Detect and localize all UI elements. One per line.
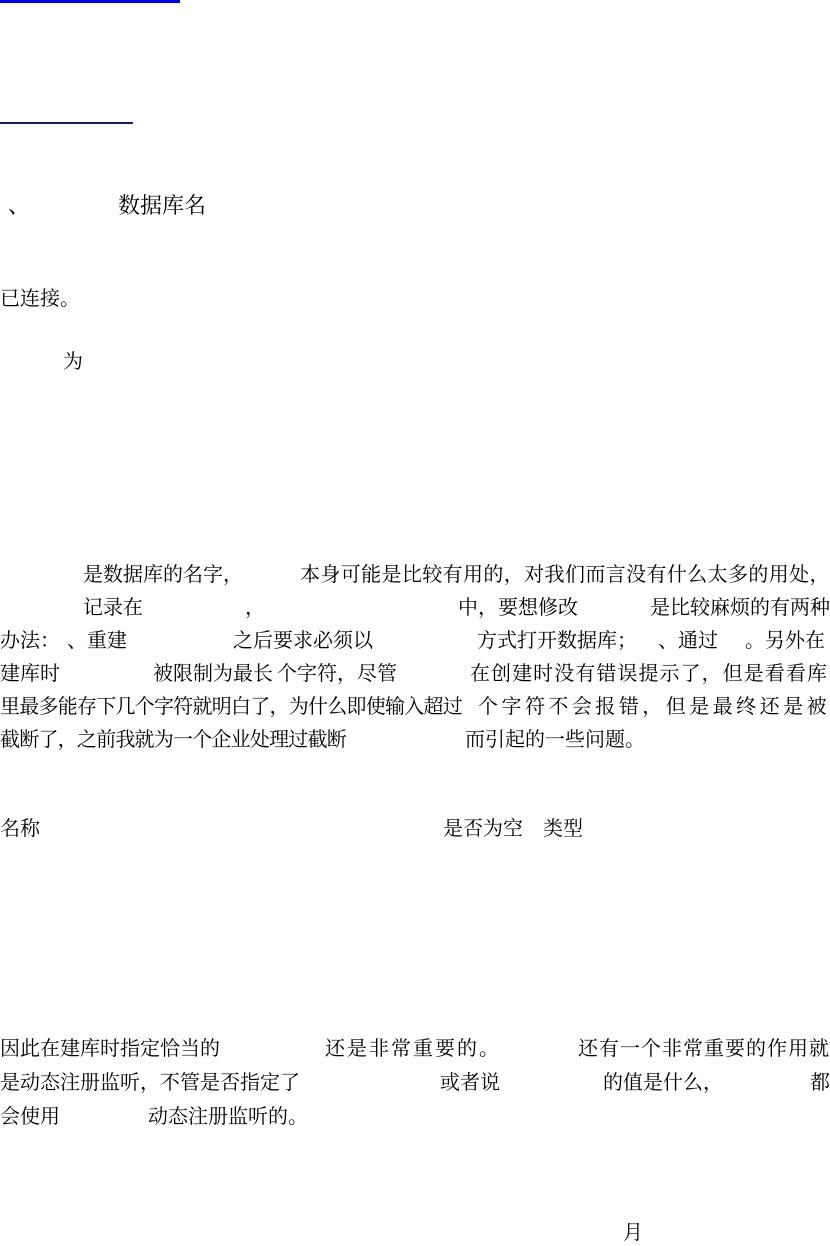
line-wei-segment: 为 — [63, 351, 83, 374]
top-link-underline[interactable] — [0, 0, 180, 3]
paragraph2-line2-segment: 都 — [810, 1072, 830, 1095]
paragraph1-line3-segment: 方式打开数据库； — [477, 630, 637, 653]
paragraph1-line4-segment: 被限制为最长 — [153, 663, 273, 686]
paragraph1-line3-segment: 。另外在 — [745, 630, 825, 653]
paragraph1-line2-segment: 是比较麻烦的有两种 — [650, 597, 830, 620]
paragraph1-line5-segment: 个字符不会报错，但是最终还是被 — [478, 696, 830, 719]
paragraph1-line2-segment: ， — [245, 597, 265, 620]
paragraph1-line1-segment: 是数据库的名字， — [83, 564, 243, 587]
paragraph2-line2-segment: 或者说 — [440, 1072, 500, 1095]
paragraph1-line3-segment: 办法： — [0, 630, 60, 653]
paragraph1-line2-segment: 中，要想修改 — [458, 597, 578, 620]
table-header-line-segment: 是否为空 — [443, 818, 523, 841]
paragraph1-line6-segment: 截断了，之前我就为一个企业处理过截断 — [0, 729, 346, 752]
table-header-line-segment: 名称 — [0, 818, 40, 841]
section-heading-segment: 数据库名 — [118, 193, 206, 218]
section-heading-segment: 、 — [8, 193, 30, 218]
paragraph2-line1-segment: 还是非常重要的。 — [325, 1038, 501, 1061]
table-header-line-segment: 类型 — [543, 818, 583, 841]
paragraph1-line4-segment: 在创建时没有错误提示了，但是看看库 — [470, 663, 828, 686]
paragraph1-line2-segment: 记录在 — [83, 597, 143, 620]
footer-month-line-segment: 月 — [623, 1222, 643, 1245]
paragraph2-line2-segment: 的值是什么， — [603, 1072, 723, 1095]
paragraph1-line6-segment: 而引起的一些问题。 — [465, 729, 645, 752]
paragraph2-line3-segment: 会使用 — [0, 1106, 60, 1129]
second-link-underline[interactable] — [0, 122, 133, 124]
line-connected-segment: 已连接。 — [0, 288, 80, 311]
paragraph1-line3-segment: 、重建 — [67, 630, 127, 653]
paragraph1-line3-segment: 之后要求必须以 — [233, 630, 373, 653]
paragraph1-line3-segment: 、通过 — [658, 630, 718, 653]
paragraph1-line5-segment: 里最多能存下几个字符就明白了，为什么即使输入超过 — [0, 696, 462, 719]
paragraph2-line1-segment: 因此在建库时指定恰当的 — [0, 1038, 220, 1061]
paragraph2-line2-segment: 是动态注册监听，不管是否指定了 — [0, 1072, 300, 1095]
paragraph1-line4-segment: 个字符，尽管 — [277, 663, 397, 686]
paragraph1-line1-segment: 本身可能是比较有用的，对我们而言没有什么太多的用处， — [300, 564, 830, 587]
paragraph1-line4-segment: 建库时 — [0, 663, 60, 686]
document-page: 、数据库名已连接。为是数据库的名字，本身可能是比较有用的，对我们而言没有什么太多… — [0, 0, 830, 1246]
paragraph2-line3-segment: 动态注册监听的。 — [148, 1106, 308, 1129]
paragraph2-line1-segment: 还有一个非常重要的作用就 — [578, 1038, 830, 1061]
